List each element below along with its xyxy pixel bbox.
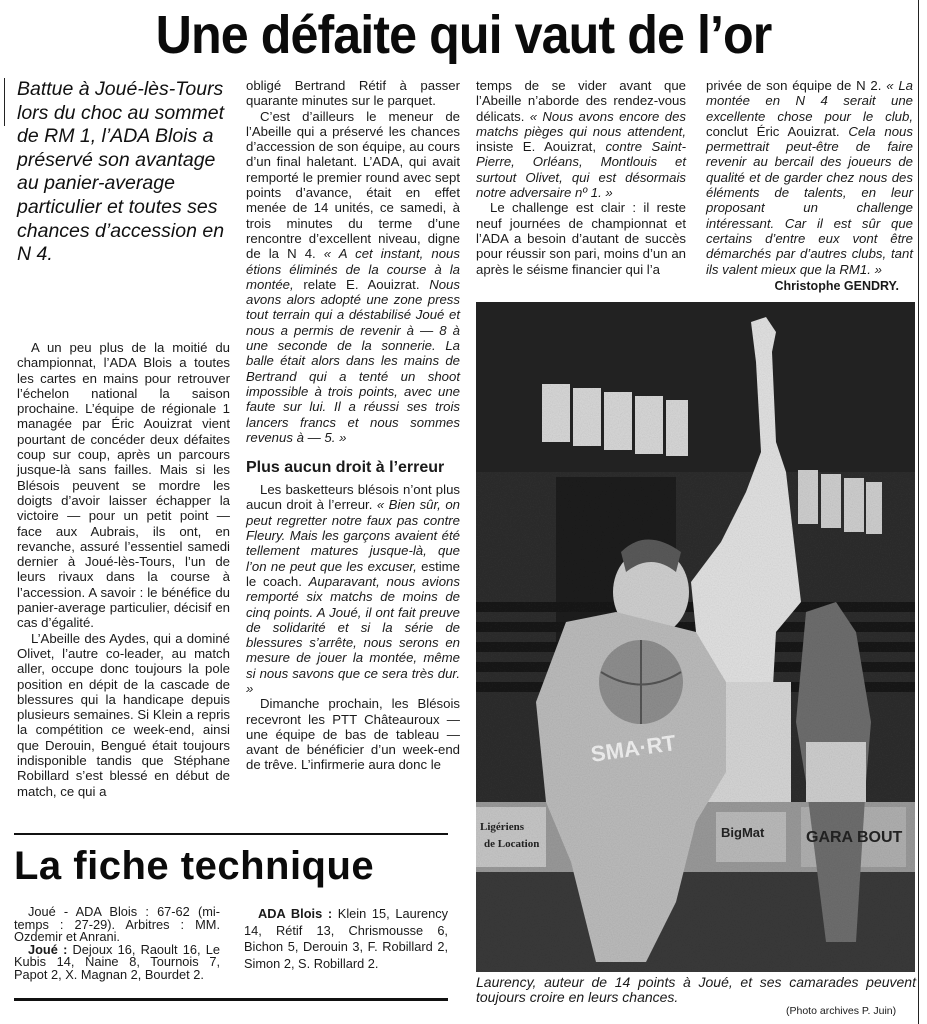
photo-credit: (Photo archives P. Juin): [786, 1005, 896, 1017]
paragraph: L’Abeille des Aydes, qui a dominé Olivet…: [17, 631, 230, 799]
box-title: La fiche technique: [14, 842, 374, 890]
divider: [14, 833, 448, 835]
paragraph: obligé Bertrand Rétif à passer quarante …: [246, 78, 460, 109]
team-label: ADA Blois :: [258, 906, 332, 921]
article-column-3: temps de se vider avant que l’Abeille n’…: [476, 78, 686, 277]
article-column-4: privée de son équipe de N 2. « La montée…: [706, 78, 913, 294]
column-rule-right: [918, 0, 919, 1024]
article-lead: Battue à Joué-lès-Tours lors du choc au …: [17, 78, 227, 267]
text: relate E. Aouizrat.: [294, 277, 430, 292]
author-signature: Christophe GENDRY.: [706, 279, 913, 294]
team-lineup: Joué : Dejoux 16, Raoult 16, Le Kubis 14…: [14, 944, 220, 982]
svg-text:GARA BOUT: GARA BOUT: [806, 829, 903, 846]
column-rule-left: [4, 78, 5, 126]
article-photo: SMA·RT Ligériens de Location BigMat GARA…: [476, 302, 915, 972]
quote: Cela nous permettrait peut-être de faire…: [706, 124, 913, 277]
match-summary-right: ADA Blois : Klein 15, Laurency 14, Rétif…: [244, 906, 448, 972]
divider: [14, 998, 448, 1001]
paragraph: Dimanche prochain, les Blésois recevront…: [246, 696, 460, 772]
score-line: Joué - ADA Blois : 67-62 (mi-temps : 27-…: [14, 906, 220, 944]
article-column-1: A un peu plus de la moitié du championna…: [17, 340, 230, 799]
paragraph: A un peu plus de la moitié du championna…: [17, 340, 230, 631]
article-column-2: obligé Bertrand Rétif à passer quarante …: [246, 78, 460, 773]
paragraph: C’est d’ailleurs le meneur de l’Abeille …: [246, 109, 460, 446]
photo-caption: Laurency, auteur de 14 points à Joué, et…: [476, 975, 916, 1005]
text: C’est d’ailleurs le meneur de l’Abeille …: [246, 109, 460, 262]
svg-text:de Location: de Location: [484, 838, 539, 850]
team-lineup: ADA Blois : Klein 15, Laurency 14, Rétif…: [244, 906, 448, 972]
paragraph: Les basketteurs blésois n’ont plus aucun…: [246, 482, 460, 696]
article-headline: Une défaite qui vaut de l’or: [32, 4, 894, 66]
svg-text:Ligériens: Ligériens: [480, 821, 525, 833]
text: conclut Éric Aouizrat.: [706, 124, 848, 139]
text: privée de son équipe de N 2.: [706, 78, 886, 93]
paragraph: privée de son équipe de N 2. « La montée…: [706, 78, 913, 277]
text: insiste E. Aouizrat,: [476, 139, 605, 154]
match-summary-left: Joué - ADA Blois : 67-62 (mi-temps : 27-…: [14, 906, 220, 981]
quote: Auparavant, nous avions remporté six mat…: [246, 574, 460, 696]
caption-text: Laurency, auteur de 14 points à Joué, et…: [476, 974, 916, 1005]
paragraph: temps de se vider avant que l’Abeille n’…: [476, 78, 686, 200]
svg-text:BigMat: BigMat: [721, 825, 765, 840]
subheading: Plus aucun droit à l’erreur: [246, 459, 460, 476]
basketball-photo-illustration: SMA·RT Ligériens de Location BigMat GARA…: [476, 302, 915, 972]
paragraph: Le challenge est clair : il reste neuf j…: [476, 200, 686, 276]
quote: Nous avons alors adopté une zone press t…: [246, 277, 460, 445]
